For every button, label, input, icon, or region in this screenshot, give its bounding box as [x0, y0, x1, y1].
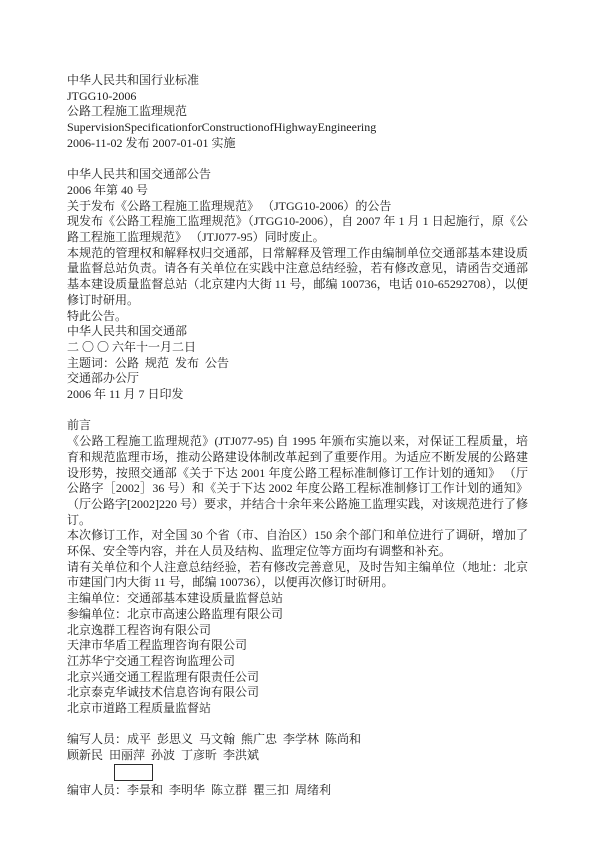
text-line-foreword-para-3: 请有关单位和个人注意总结经验，若有修改完善意见，及时告知主编单位（地址：北京市建…: [67, 560, 528, 591]
text-line-co-editor-unit-4: 江苏华宁交通工程咨询监理公司: [67, 654, 528, 670]
blank-line: [67, 403, 528, 419]
empty-box-slot: [67, 764, 528, 783]
text-line-foreword-para-2: 本次修订工作，对全国 30 个省（市、自治区）150 余个部门和单位进行了调研，…: [67, 528, 528, 559]
text-line-issue-implement-dates: 2006-11-02 发布 2007-01-01 实施: [67, 136, 528, 152]
text-line-foreword-heading: 前言: [67, 418, 528, 434]
text-line-announcement-para-1: 现发布《公路工程施工监理规范》（JTGG10-2006），自 2007 年 1 …: [67, 214, 528, 245]
blank-line: [67, 152, 528, 168]
text-line-co-editor-unit-6: 北京泰克华诚技术信息咨询有限公司: [67, 685, 528, 701]
text-line-writers-line-1: 编写人员：成平 彭思义 马文翰 熊广忠 李学林 陈尚和: [67, 732, 528, 748]
text-line-writers-line-2: 顾新民 田丽萍 孙波 丁彦昕 李洪斌: [67, 748, 528, 764]
text-line-issue-date-cn: 二 〇 〇 六年十一月二日: [67, 340, 528, 356]
text-line-issuer-name: 中华人民共和国交通部: [67, 324, 528, 340]
text-line-announcement-para-2: 本规范的管理权和解释权归交通部，日常解释及管理工作由编制单位交通部基本建设质量监…: [67, 246, 528, 309]
text-line-co-editor-unit-7: 北京市道路工程质量监督站: [67, 701, 528, 717]
text-line-foreword-para-1: 《公路工程施工监理规范》(JTJ077-95) 自 1995 年颁布实施以来，对…: [67, 434, 528, 528]
text-line-subject-keywords: 主题词：公路 规范 发布 公告: [67, 356, 528, 372]
text-line-announcement-number: 2006 年第 40 号: [67, 183, 528, 199]
text-line-chief-editor-unit: 主编单位：交通部基本建设质量监督总站: [67, 591, 528, 607]
document-content: 中华人民共和国行业标准JTGG10-2006公路工程施工监理规范Supervis…: [67, 73, 528, 799]
text-line-announcement-title: 中华人民共和国交通部公告: [67, 167, 528, 183]
text-line-co-editor-unit-3: 天津市华盾工程监理咨询有限公司: [67, 638, 528, 654]
text-line-co-editor-unit-5: 北京兴通交通工程监理有限责任公司: [67, 670, 528, 686]
text-line-co-editor-unit-2: 北京逸群工程咨询有限公司: [67, 623, 528, 639]
document-page: 中华人民共和国行业标准JTGG10-2006公路工程施工监理规范Supervis…: [0, 0, 595, 842]
text-line-doc-title-zh: 公路工程施工监理规范: [67, 104, 528, 120]
text-line-office-name: 交通部办公厅: [67, 371, 528, 387]
text-line-standard-code: JTGG10-2006: [67, 89, 528, 105]
blank-line: [67, 717, 528, 733]
text-line-standard-class: 中华人民共和国行业标准: [67, 73, 528, 89]
text-line-reviewers-line: 编审人员：李景和 李明华 陈立群 瞿三扣 周绪利: [67, 783, 528, 799]
text-line-doc-title-en: SupervisionSpecificationforConstructiono…: [67, 120, 528, 136]
text-line-print-date: 2006 年 11 月 7 日印发: [67, 387, 528, 403]
text-line-announcement-closing: 特此公告。: [67, 309, 528, 325]
text-line-co-editor-unit-1: 参编单位：北京市高速公路监理有限公司: [67, 607, 528, 623]
empty-box: [114, 764, 153, 781]
text-line-announcement-subject: 关于发布《公路工程施工监理规范》 （JTGG10-2006）的公告: [67, 199, 528, 215]
